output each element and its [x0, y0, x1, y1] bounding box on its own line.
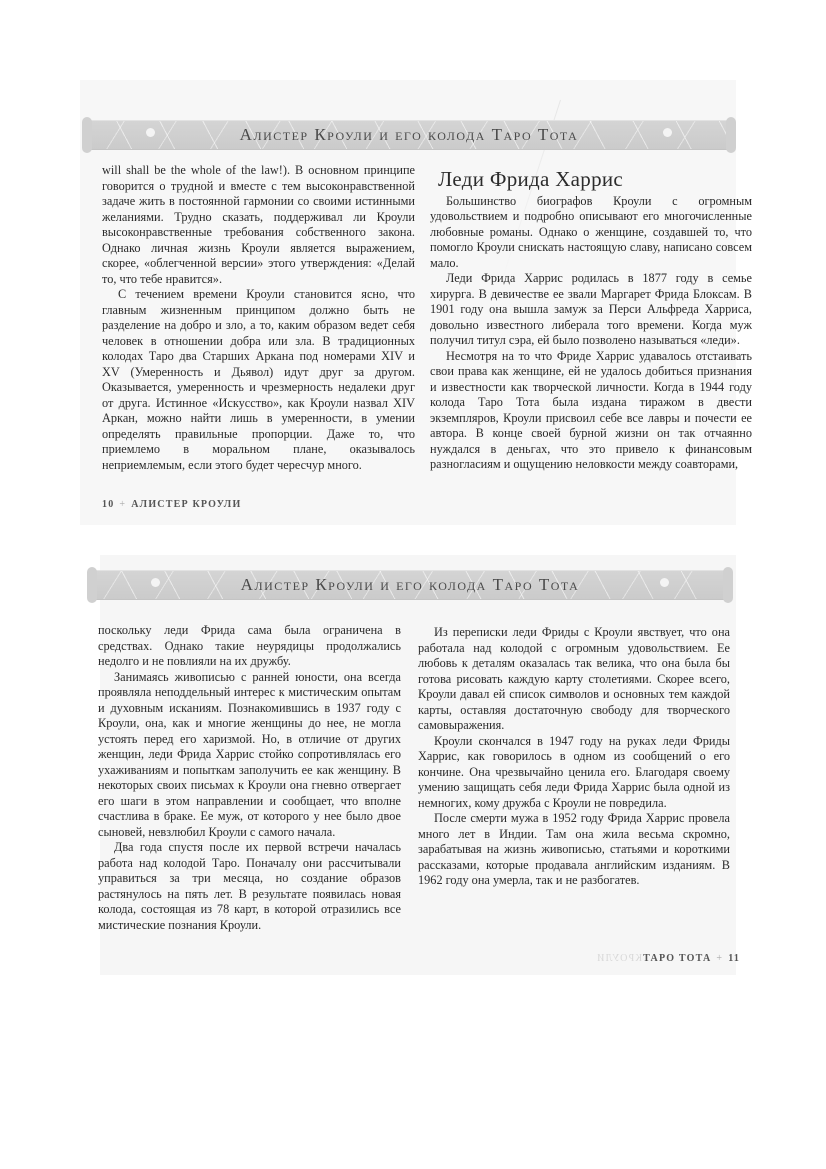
paragraph: Несмотря на то что Фриде Харрис удавалос…: [430, 349, 752, 473]
paragraph: Занимаясь живописью с ранней юности, она…: [98, 670, 401, 841]
footer-title: АЛИСТЕР КРОУЛИ: [131, 499, 241, 510]
separator-icon: +: [119, 499, 126, 510]
footer-title: ТАРО ТОТА: [643, 953, 711, 964]
page-number: 11: [728, 953, 740, 964]
paragraph: Большинство биографов Кроули с огромным …: [430, 194, 752, 272]
paragraph: После смерти мужа в 1952 году Фрида Харр…: [418, 811, 730, 889]
running-header-title: Алистер Кроули и его колода Таро Тота: [241, 575, 580, 595]
banner-end-cap-icon: [87, 567, 97, 603]
paragraph: поскольку леди Фрида сама была ограничен…: [98, 623, 401, 670]
paragraph: Два года спустя после их первой встречи …: [98, 840, 401, 933]
text-column-right: Из переписки леди Фриды с Кроули явствуе…: [418, 625, 730, 889]
text-column-left: поскольку леди Фрида сама была ограничен…: [98, 623, 401, 933]
text-column-right: Леди Фрида Харрис Большинство биографов …: [430, 172, 752, 473]
running-header-banner: Алистер Кроули и его колода Таро Тота: [88, 120, 730, 150]
section-heading: Леди Фрида Харрис: [438, 172, 752, 188]
running-header-title: Алистер Кроули и его колода Таро Тота: [240, 125, 579, 145]
paragraph: Из переписки леди Фриды с Кроули явствуе…: [418, 625, 730, 734]
page-footer: КРОУЛИТАРО ТОТА+11: [596, 953, 740, 964]
page-number: 10: [102, 499, 114, 510]
page-footer: 10+АЛИСТЕР КРОУЛИ: [102, 499, 241, 510]
text-column-left: will shall be the whole of the law!). В …: [102, 163, 415, 473]
banner-end-cap-icon: [723, 567, 733, 603]
banner-end-cap-icon: [82, 117, 92, 153]
bleed-through-text: КРОУЛИ: [596, 953, 642, 964]
paragraph: will shall be the whole of the law!). В …: [102, 163, 415, 287]
paragraph: Кроули скончался в 1947 году на руках ле…: [418, 734, 730, 812]
separator-icon: +: [716, 953, 723, 964]
banner-end-cap-icon: [726, 117, 736, 153]
running-header-banner: Алистер Кроули и его колода Таро Тота: [93, 570, 727, 600]
paragraph: С течением времени Кроули становится ясн…: [102, 287, 415, 473]
paragraph: Леди Фрида Харрис родилась в 1877 году в…: [430, 271, 752, 349]
